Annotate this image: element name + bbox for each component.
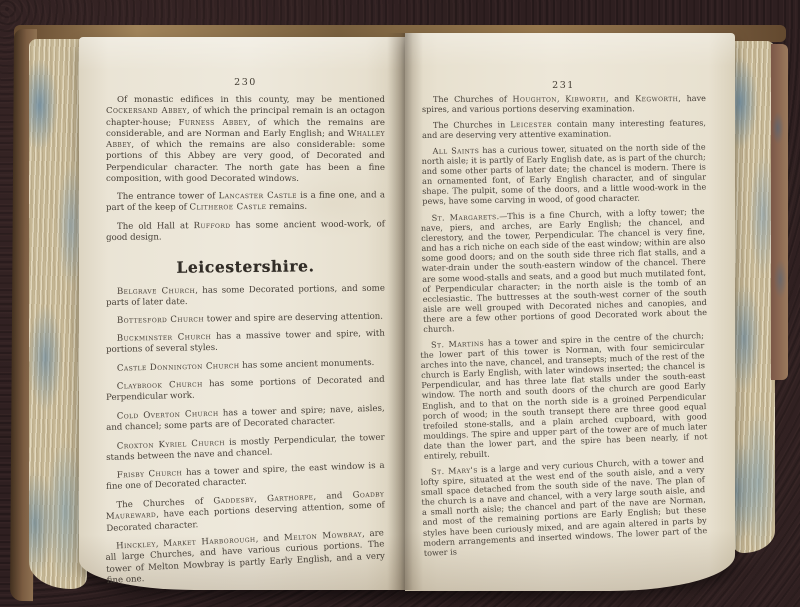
small-caps-text: Bottesford Church xyxy=(117,315,204,326)
body-text: The Churches of xyxy=(433,94,513,104)
photo-background: 230 Of monastic edifices in this county,… xyxy=(0,0,800,607)
body-text: , xyxy=(254,494,267,505)
paragraph: The Churches in Leicester contain many i… xyxy=(422,118,706,141)
small-caps-text: Leicester xyxy=(510,119,552,129)
right-page-paragraphs: The Churches of Houghton, Kibworth, and … xyxy=(422,94,706,558)
paragraph: The Churches of Houghton, Kibworth, and … xyxy=(422,93,706,114)
paragraph: St. Margarets.—This is a fine Church, wi… xyxy=(421,206,708,334)
paragraph: Castle Donnington Church has some ancien… xyxy=(106,358,385,376)
small-caps-text: Kegworth xyxy=(635,93,678,103)
marbled-fore-edge-right xyxy=(732,41,775,553)
body-text: has some ancient monuments. xyxy=(239,358,374,371)
body-text: The entrance tower of xyxy=(117,192,219,203)
body-text: , and xyxy=(606,93,635,103)
county-heading: Leicestershire. xyxy=(106,256,385,277)
paragraph: The old Hall at Rufford has some ancient… xyxy=(106,219,385,244)
paragraph: All Saints has a curious tower, situated… xyxy=(422,142,707,207)
paragraph: Bottesford Church tower and spire are de… xyxy=(106,312,385,328)
body-text: , of which the remains are also consider… xyxy=(106,140,385,184)
body-text: has a tower and spire in the centre of t… xyxy=(420,330,707,461)
paragraph: Of monastic edifices in this county, may… xyxy=(106,95,385,185)
body-text: The old Hall at xyxy=(117,221,194,232)
paragraph: Frisby Church has a tower and spire, the… xyxy=(106,461,386,494)
left-page-text-column: Of monastic edifices in this county, may… xyxy=(106,95,385,594)
paragraph: Buckminster Church has a massive tower a… xyxy=(106,329,385,357)
paragraph: St. Martins has a tower and spire in the… xyxy=(420,330,708,461)
book-cover-right-edge xyxy=(771,44,788,380)
small-caps-text: Hinckley xyxy=(116,539,156,551)
left-page-top-paragraphs: Of monastic edifices in this county, may… xyxy=(106,95,385,245)
body-text: , and xyxy=(313,490,353,502)
small-caps-text: Garthorpe xyxy=(267,492,314,504)
paragraph: The entrance tower of Lancaster Castle i… xyxy=(106,191,385,215)
paragraph: Claybrook Church has some portions of De… xyxy=(106,375,385,405)
body-text: tower and spire are deserving attention. xyxy=(204,312,383,325)
body-text: remains. xyxy=(266,202,307,212)
body-text: Of monastic edifices in this county, may… xyxy=(117,95,385,105)
small-caps-text: Buckminster Church xyxy=(117,332,212,344)
small-caps-text: Belgrave Church xyxy=(117,285,195,296)
right-page: 231 The Churches of Houghton, Kibworth, … xyxy=(405,33,735,591)
body-text: .—This is a fine Church, with a lofty to… xyxy=(421,206,707,334)
small-caps-text: Cockersand Abbey xyxy=(106,106,187,116)
paragraph: Hinckley, Market Harborough, and Melton … xyxy=(105,528,386,587)
small-caps-text: Castle Donnington Church xyxy=(117,361,240,374)
small-caps-text: Rufford xyxy=(194,221,231,231)
body-text: , xyxy=(557,94,565,104)
small-caps-text: Furness Abbey xyxy=(179,118,248,128)
small-caps-text: Lancaster Castle xyxy=(219,191,297,201)
small-caps-text: Clitheroe Castle xyxy=(190,203,267,213)
left-page: 230 Of monastic edifices in this county,… xyxy=(79,37,405,590)
left-page-church-paragraphs: Belgrave Church, has some Decorated port… xyxy=(106,287,385,587)
right-page-text-column: The Churches of Houghton, Kibworth, and … xyxy=(422,94,706,564)
body-text: , and xyxy=(255,533,284,544)
paragraph: Belgrave Church, has some Decorated port… xyxy=(106,283,385,309)
small-caps-text: Houghton xyxy=(512,94,556,104)
paragraph: Cold Overton Church has a tower and spir… xyxy=(106,404,386,435)
paragraph: The Churches of Gaddesby, Garthorpe, and… xyxy=(105,489,385,535)
page-number-right: 231 xyxy=(422,80,705,92)
paragraph: Croxton Kyriel Church is mostly Perpendi… xyxy=(106,432,386,464)
small-caps-text: Gaddesby xyxy=(213,495,254,507)
page-number-left: 230 xyxy=(106,77,385,89)
small-caps-text: Kibworth xyxy=(565,93,606,103)
paragraph: St. Mary's is a large and very curious C… xyxy=(420,454,708,558)
